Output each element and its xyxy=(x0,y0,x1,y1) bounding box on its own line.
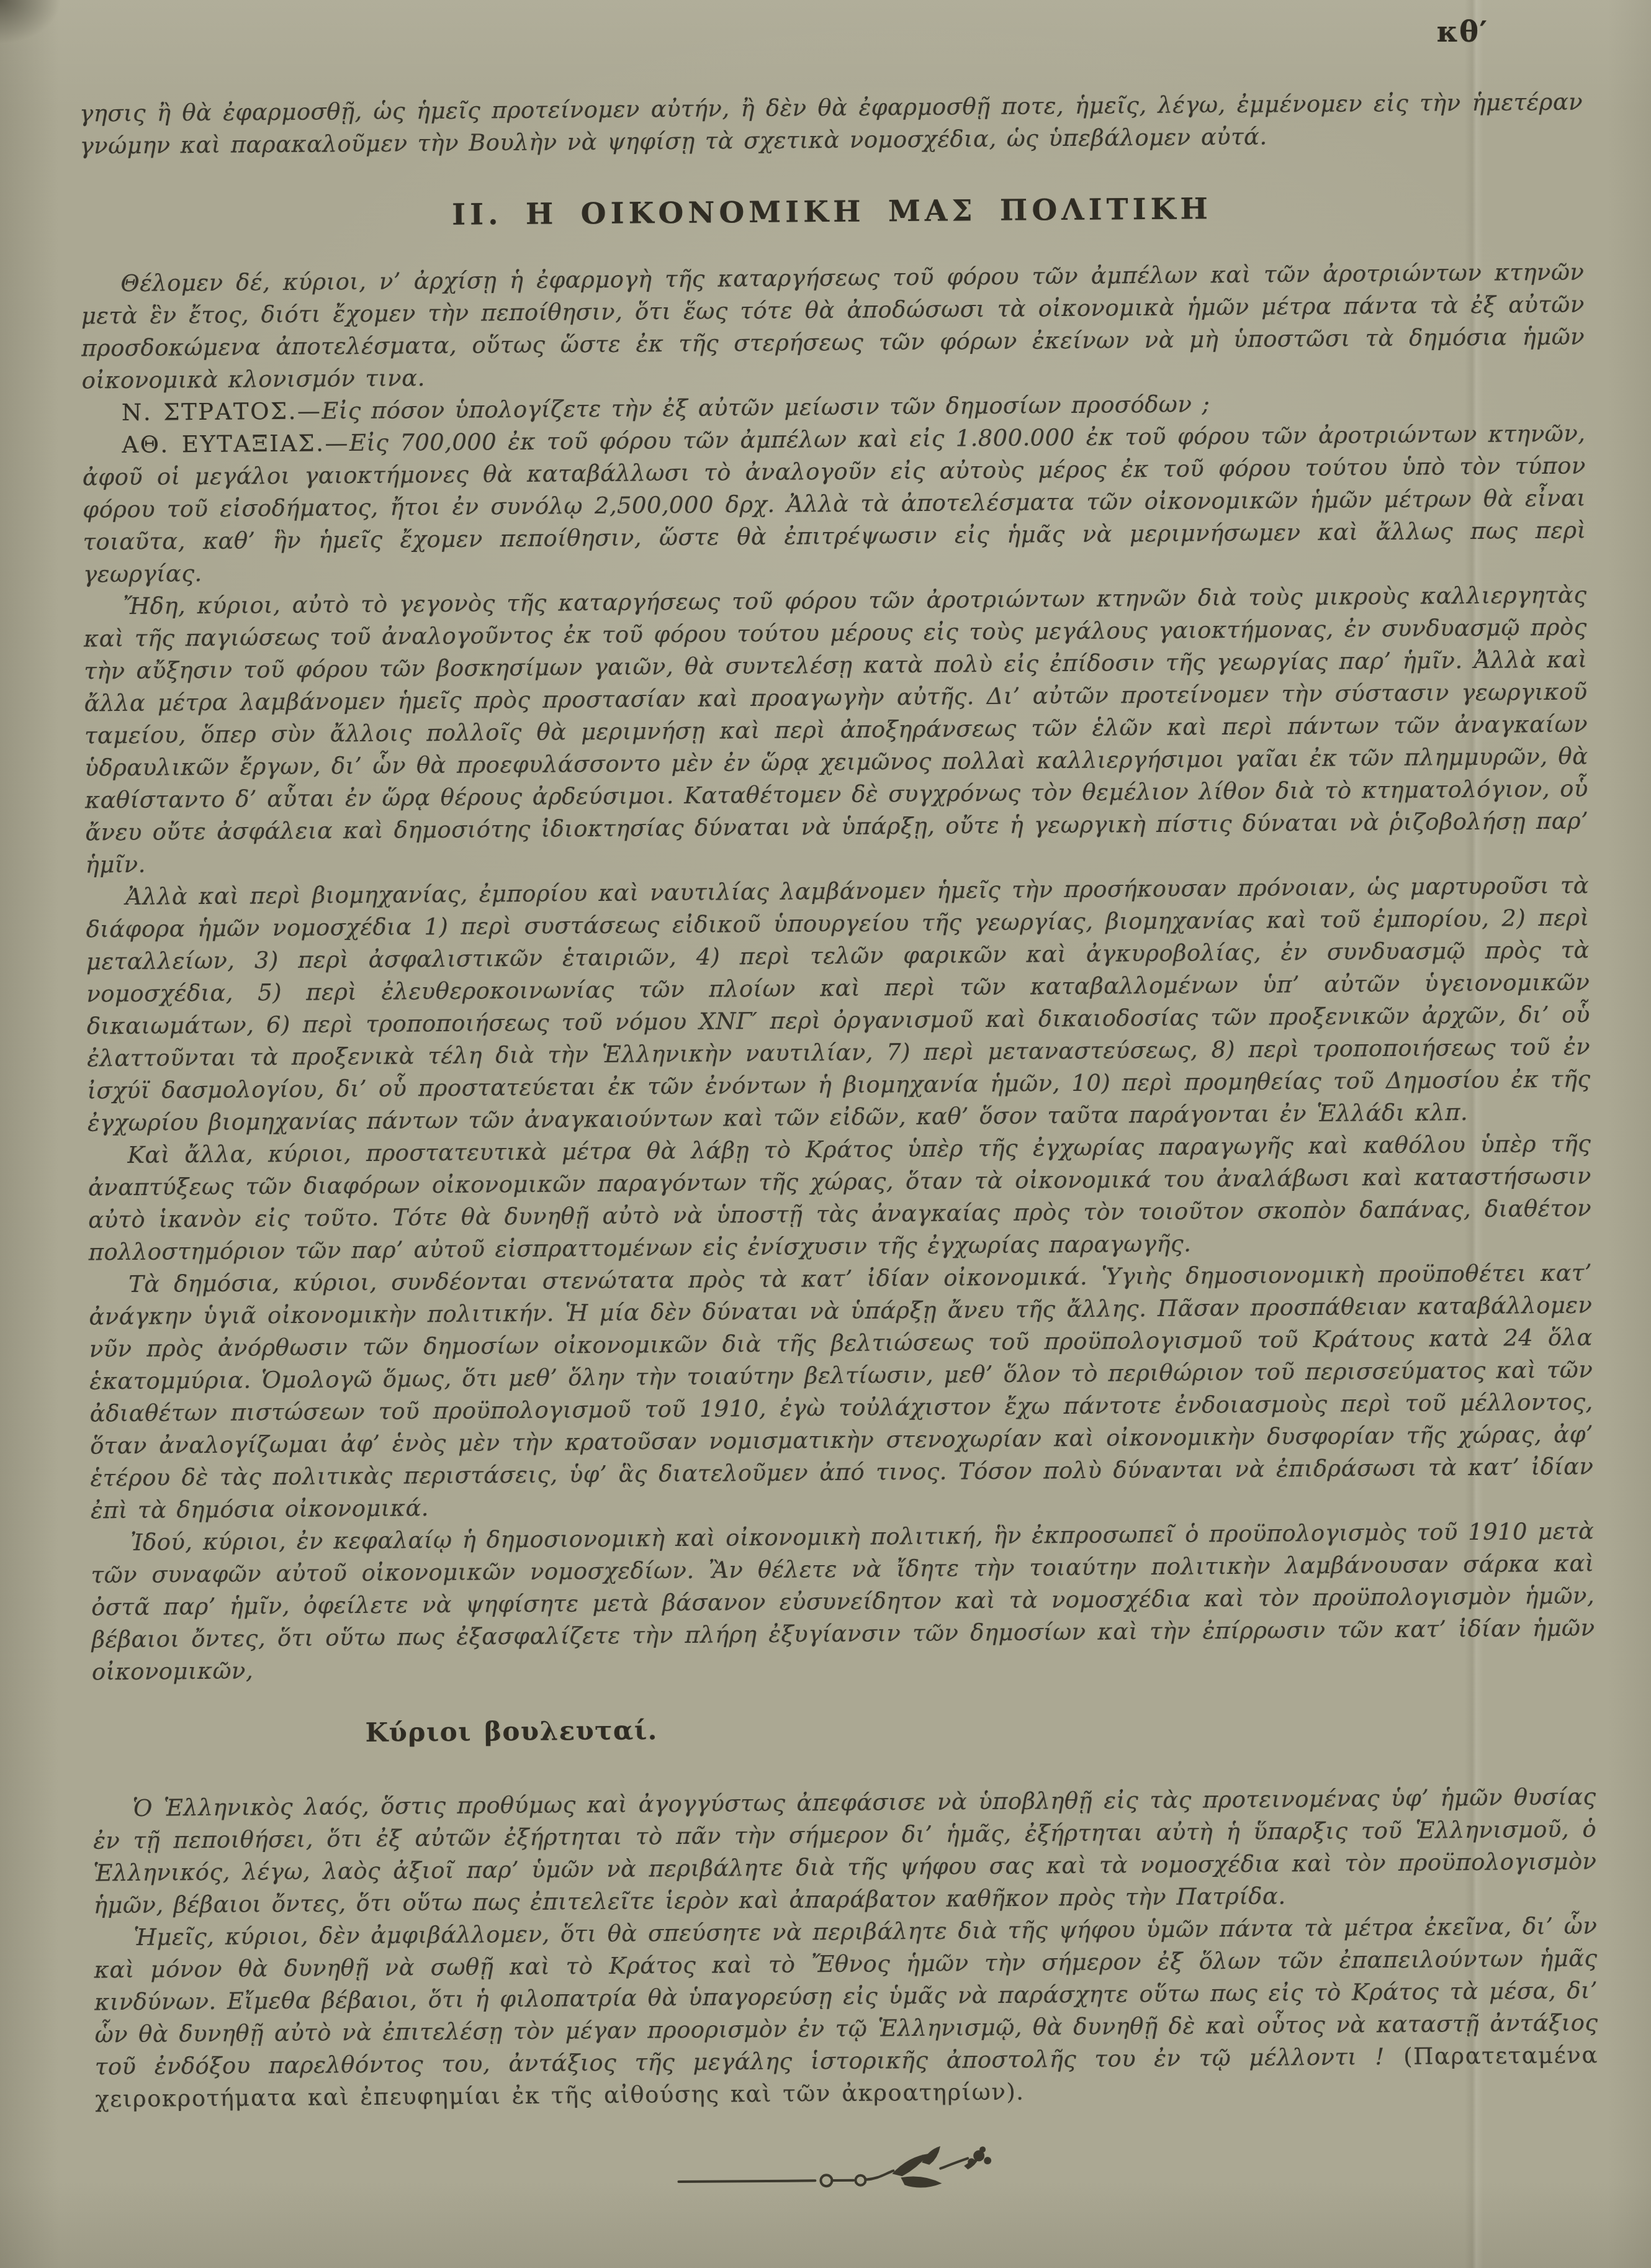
section-heading: ΙΙ. Η ΟΙΚΟΝΟΜΙΚΗ ΜΑΣ ΠΟΛΙΤΙΚΗ xyxy=(80,189,1583,235)
speaker-name: Ν. ΣΤΡΑΤΟΣ.— xyxy=(122,397,322,426)
page-body: γησις ἢ θὰ ἐφαρμοσθῇ, ὡς ἡμεῖς προτείνομ… xyxy=(79,86,1599,2212)
stage-direction: (Παρατεταμένα χειροκροτήματα καὶ ἐπευφημ… xyxy=(95,2041,1598,2112)
paragraph: Ἡμεῖς, κύριοι, δὲν ἀμφιβάλλομεν, ὅτι θὰ … xyxy=(94,1910,1598,2115)
paragraph: γησις ἢ θὰ ἐφαρμοσθῇ, ὡς ἡμεῖς προτείνομ… xyxy=(79,86,1583,162)
scan-corner-shadow xyxy=(0,0,87,62)
paragraph: Ἀλλὰ καὶ περὶ βιομηχανίας, ἐμπορίου καὶ … xyxy=(86,869,1591,1139)
printer-ornament xyxy=(96,2139,1599,2212)
speaker-name: ΑΘ. ΕΥΤΑΞΙΑΣ.— xyxy=(122,430,349,458)
paragraph: Τὰ δημόσια, κύριοι, συνδέονται στενώτατα… xyxy=(89,1257,1594,1527)
paragraph: Ὁ Ἑλληνικὸς λαός, ὅστις προθύμως καὶ ἀγο… xyxy=(92,1781,1597,1922)
paragraph: Θέλομεν δέ, κύριοι, ν’ ἀρχίσῃ ἡ ἐφαρμογὴ… xyxy=(81,256,1585,397)
document-page: κθ′ γησις ἢ θὰ ἐφαρμοσθῇ, ὡς ἡμεῖς προτε… xyxy=(0,0,1651,2268)
paragraph: Ἤδη, κύριοι, αὐτὸ τὸ γεγονὸς τῆς καταργή… xyxy=(83,579,1589,881)
paragraph: Καὶ ἄλλα, κύριοι, προστατευτικὰ μέτρα θὰ… xyxy=(88,1127,1592,1268)
address-heading: Κύριοι βουλευταί. xyxy=(366,1707,1596,1748)
page-number: κθ′ xyxy=(1437,15,1488,48)
paragraph: Ἰδού, κύριοι, ἐν κεφαλαίῳ ἡ δημοσιονομικ… xyxy=(91,1515,1595,1688)
paragraph: ΑΘ. ΕΥΤΑΞΙΑΣ.—Εἰς 700,000 ἐκ τοῦ φόρου τ… xyxy=(82,417,1586,590)
